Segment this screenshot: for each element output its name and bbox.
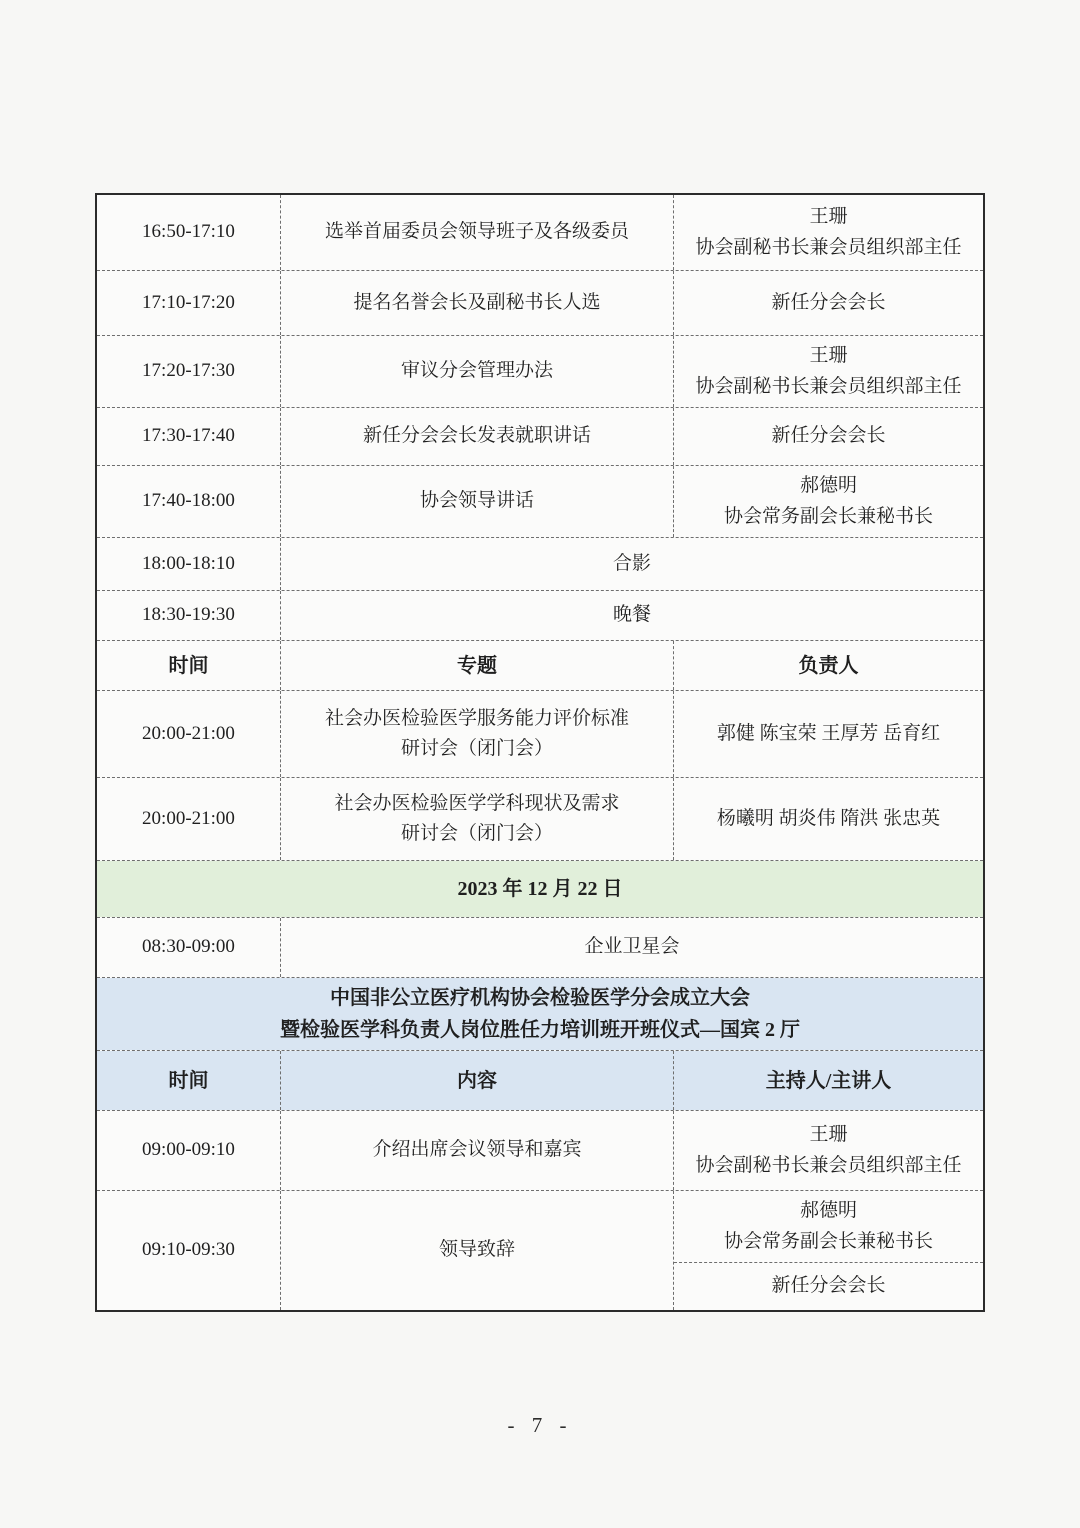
person-name: 新任分会会长 bbox=[771, 421, 885, 451]
person-name: 郝德明 bbox=[800, 471, 857, 501]
topic-text: 提名名誉会长及副秘书长人选 bbox=[353, 288, 600, 318]
person-cell: 王珊 协会副秘书长兼会员组织部主任 bbox=[673, 195, 983, 270]
person-cell: 王珊 协会副秘书长兼会员组织部主任 bbox=[673, 336, 983, 407]
person-cell: 新任分会会长 bbox=[673, 408, 983, 465]
schedule-row: 18:30-19:30 晚餐 bbox=[97, 590, 983, 640]
session-title-line1: 中国非公立医疗机构协会检验医学分会成立大会 bbox=[330, 982, 750, 1014]
time-cell: 17:20-17:30 bbox=[97, 336, 280, 407]
person-cell: 郭健 陈宝荣 王厚芳 岳育红 bbox=[673, 691, 983, 777]
time-cell: 18:30-19:30 bbox=[97, 591, 280, 640]
person-name: 王珊 bbox=[809, 202, 847, 232]
person-name: 新任分会会长 bbox=[771, 1271, 885, 1301]
person-names: 杨曦明 胡炎伟 隋洪 张忠英 bbox=[717, 804, 940, 834]
schedule-row: 20:00-21:00 社会办医检验医学学科现状及需求 研讨会（闭门会） 杨曦明… bbox=[97, 777, 983, 860]
header-time: 时间 bbox=[97, 641, 280, 690]
person-cell: 杨曦明 胡炎伟 隋洪 张忠英 bbox=[673, 778, 983, 860]
topic-text: 审议分会管理办法 bbox=[401, 356, 553, 386]
time-text: 18:00-18:10 bbox=[142, 549, 235, 579]
content-text: 合影 bbox=[613, 549, 651, 579]
person-cell: 王珊 协会副秘书长兼会员组织部主任 bbox=[673, 1111, 983, 1190]
header-time: 时间 bbox=[97, 1051, 280, 1110]
time-cell: 09:00-09:10 bbox=[97, 1111, 280, 1190]
person-names: 郭健 陈宝荣 王厚芳 岳育红 bbox=[717, 719, 940, 749]
header-person: 负责人 bbox=[673, 641, 983, 690]
topic-cell: 社会办医检验医学学科现状及需求 研讨会（闭门会） bbox=[280, 778, 673, 860]
schedule-row: 09:10-09:30 领导致辞 郝德明 协会常务副会长兼秘书长 新任分会会长 bbox=[97, 1190, 983, 1310]
person-subcell: 新任分会会长 bbox=[674, 1262, 983, 1310]
content-cell: 晚餐 bbox=[280, 591, 983, 640]
header-topic: 专题 bbox=[280, 641, 673, 690]
time-text: 20:00-21:00 bbox=[142, 719, 235, 749]
time-text: 17:40-18:00 bbox=[142, 486, 235, 516]
content-cell: 企业卫星会 bbox=[280, 918, 983, 977]
header-content: 内容 bbox=[280, 1051, 673, 1110]
topic-cell: 协会领导讲话 bbox=[280, 466, 673, 537]
topic-cell: 选举首届委员会领导班子及各级委员 bbox=[280, 195, 673, 270]
topic-cell: 领导致辞 bbox=[280, 1191, 673, 1310]
date-banner: 2023 年 12 月 22 日 bbox=[97, 861, 983, 917]
schedule-row: 18:00-18:10 合影 bbox=[97, 537, 983, 590]
document-page: 16:50-17:10 选举首届委员会领导班子及各级委员 王珊 协会副秘书长兼会… bbox=[0, 0, 1080, 1528]
topic-text: 社会办医检验医学服务能力评价标准 bbox=[325, 704, 629, 734]
topic-cell: 新任分会会长发表就职讲话 bbox=[280, 408, 673, 465]
schedule-row: 20:00-21:00 社会办医检验医学服务能力评价标准 研讨会（闭门会） 郭健… bbox=[97, 690, 983, 777]
content-text: 晚餐 bbox=[613, 600, 651, 630]
topic-cell: 审议分会管理办法 bbox=[280, 336, 673, 407]
time-cell: 17:30-17:40 bbox=[97, 408, 280, 465]
time-cell: 16:50-17:10 bbox=[97, 195, 280, 270]
person-title: 协会常务副会长兼秘书长 bbox=[724, 502, 933, 532]
time-cell: 18:00-18:10 bbox=[97, 538, 280, 590]
time-text: 09:10-09:30 bbox=[142, 1235, 235, 1265]
time-text: 17:20-17:30 bbox=[142, 356, 235, 386]
topic-text: 介绍出席会议领导和嘉宾 bbox=[372, 1135, 581, 1165]
topic-text: 协会领导讲话 bbox=[420, 486, 534, 516]
person-title: 协会副秘书长兼会员组织部主任 bbox=[695, 1151, 961, 1181]
time-text: 17:10-17:20 bbox=[142, 288, 235, 318]
schedule-row: 17:40-18:00 协会领导讲话 郝德明 协会常务副会长兼秘书长 bbox=[97, 465, 983, 537]
page-number: - 7 - bbox=[0, 1413, 1080, 1438]
time-text: 17:30-17:40 bbox=[142, 421, 235, 451]
time-cell: 17:10-17:20 bbox=[97, 271, 280, 335]
topic-cell: 社会办医检验医学服务能力评价标准 研讨会（闭门会） bbox=[280, 691, 673, 777]
table-header-row: 时间 内容 主持人/主讲人 bbox=[97, 1050, 983, 1110]
content-text: 企业卫星会 bbox=[584, 932, 679, 962]
topic-cell: 提名名誉会长及副秘书长人选 bbox=[280, 271, 673, 335]
session-title-banner-row: 中国非公立医疗机构协会检验医学分会成立大会 暨检验医学科负责人岗位胜任力培训班开… bbox=[97, 977, 983, 1050]
time-cell: 20:00-21:00 bbox=[97, 691, 280, 777]
time-cell: 17:40-18:00 bbox=[97, 466, 280, 537]
schedule-row: 09:00-09:10 介绍出席会议领导和嘉宾 王珊 协会副秘书长兼会员组织部主… bbox=[97, 1110, 983, 1190]
schedule-row: 08:30-09:00 企业卫星会 bbox=[97, 917, 983, 977]
person-name: 王珊 bbox=[809, 341, 847, 371]
person-title: 协会常务副会长兼秘书长 bbox=[724, 1227, 933, 1257]
person-cell: 郝德明 协会常务副会长兼秘书长 bbox=[673, 466, 983, 537]
topic-cell: 介绍出席会议领导和嘉宾 bbox=[280, 1111, 673, 1190]
time-text: 09:00-09:10 bbox=[142, 1135, 235, 1165]
content-cell: 合影 bbox=[280, 538, 983, 590]
person-name: 郝德明 bbox=[800, 1196, 857, 1226]
time-cell: 08:30-09:00 bbox=[97, 918, 280, 977]
schedule-row: 16:50-17:10 选举首届委员会领导班子及各级委员 王珊 协会副秘书长兼会… bbox=[97, 195, 983, 270]
person-name: 王珊 bbox=[809, 1120, 847, 1150]
person-cell-split: 郝德明 协会常务副会长兼秘书长 新任分会会长 bbox=[673, 1191, 983, 1310]
topic-text: 研讨会（闭门会） bbox=[401, 734, 553, 764]
topic-text: 新任分会会长发表就职讲话 bbox=[363, 421, 591, 451]
person-cell: 新任分会会长 bbox=[673, 271, 983, 335]
time-text: 16:50-17:10 bbox=[142, 217, 235, 247]
session-title-line2: 暨检验医学科负责人岗位胜任力培训班开班仪式—国宾 2 厅 bbox=[280, 1014, 800, 1046]
conference-schedule-table: 16:50-17:10 选举首届委员会领导班子及各级委员 王珊 协会副秘书长兼会… bbox=[95, 193, 985, 1312]
person-name: 新任分会会长 bbox=[771, 288, 885, 318]
schedule-row: 17:10-17:20 提名名誉会长及副秘书长人选 新任分会会长 bbox=[97, 270, 983, 335]
time-cell: 20:00-21:00 bbox=[97, 778, 280, 860]
topic-text: 选举首届委员会领导班子及各级委员 bbox=[325, 217, 629, 247]
session-title-banner: 中国非公立医疗机构协会检验医学分会成立大会 暨检验医学科负责人岗位胜任力培训班开… bbox=[97, 978, 983, 1050]
date-banner-row: 2023 年 12 月 22 日 bbox=[97, 860, 983, 917]
person-subcell: 郝德明 协会常务副会长兼秘书长 bbox=[674, 1191, 983, 1262]
time-text: 08:30-09:00 bbox=[142, 932, 235, 962]
table-header-row: 时间 专题 负责人 bbox=[97, 640, 983, 690]
time-cell: 09:10-09:30 bbox=[97, 1191, 280, 1310]
time-text: 18:30-19:30 bbox=[142, 600, 235, 630]
person-title: 协会副秘书长兼会员组织部主任 bbox=[695, 233, 961, 263]
topic-text: 研讨会（闭门会） bbox=[401, 819, 553, 849]
person-title: 协会副秘书长兼会员组织部主任 bbox=[695, 372, 961, 402]
header-host: 主持人/主讲人 bbox=[673, 1051, 983, 1110]
schedule-row: 17:30-17:40 新任分会会长发表就职讲话 新任分会会长 bbox=[97, 407, 983, 465]
topic-text: 领导致辞 bbox=[439, 1235, 515, 1265]
topic-text: 社会办医检验医学学科现状及需求 bbox=[334, 789, 619, 819]
schedule-row: 17:20-17:30 审议分会管理办法 王珊 协会副秘书长兼会员组织部主任 bbox=[97, 335, 983, 407]
time-text: 20:00-21:00 bbox=[142, 804, 235, 834]
